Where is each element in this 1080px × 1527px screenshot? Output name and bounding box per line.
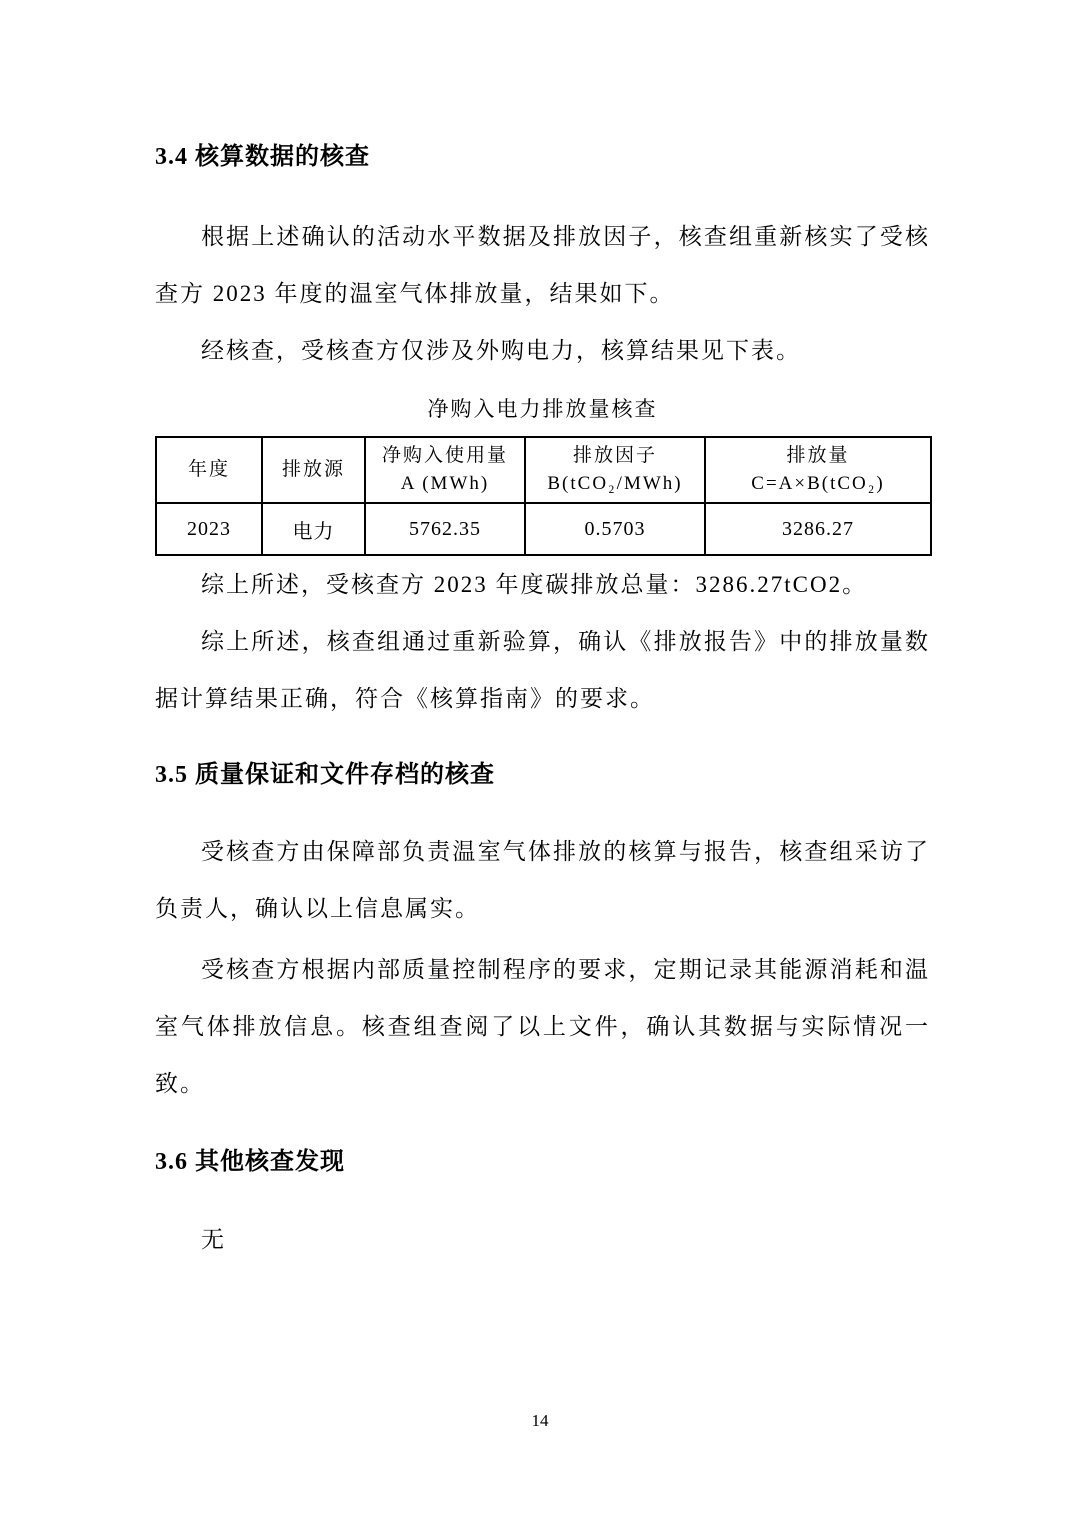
table-header-row: 年度 排放源 净购入使用量 A (MWh) 排放因子 B(tCO₂/MWh) 排… [156, 437, 931, 503]
section-heading-3-6: 3.6 其他核查发现 [155, 1144, 930, 1180]
table-cell-emission-source: 电力 [262, 503, 365, 555]
table-header-emission-source: 排放源 [262, 437, 365, 503]
table-cell-year: 2023 [156, 503, 262, 555]
emissions-table: 年度 排放源 净购入使用量 A (MWh) 排放因子 B(tCO₂/MWh) 排… [155, 436, 932, 556]
paragraph-other-findings: 无 [155, 1211, 930, 1268]
paragraph-verification-scope: 经核查，受核查方仅涉及外购电力，核算结果见下表。 [155, 322, 930, 379]
document-page: 3.4 核算数据的核查 根据上述确认的活动水平数据及排放因子，核查组重新核实了受… [0, 0, 1080, 1527]
section-heading-3-5: 3.5 质量保证和文件存档的核查 [155, 757, 930, 793]
table-header-emission-amount: 排放量 C=A×B(tCO₂) [705, 437, 931, 503]
paragraph-responsibility: 受核查方由保障部负责温室气体排放的核算与报告，核查组采访了负责人，确认以上信息属… [155, 823, 930, 937]
table-header-net-purchased-usage: 净购入使用量 A (MWh) [365, 437, 525, 503]
table-cell-emission-factor: 0.5703 [525, 503, 705, 555]
paragraph-total-emissions: 综上所述，受核查方 2023 年度碳排放总量：3286.27tCO2。 [155, 556, 930, 613]
page-number: 14 [0, 1410, 1080, 1432]
table-row: 2023 电力 5762.35 0.5703 3286.27 [156, 503, 931, 555]
section-heading-3-4: 3.4 核算数据的核查 [155, 139, 930, 175]
paragraph-recalculation-conclusion: 综上所述，核查组通过重新验算，确认《排放报告》中的排放量数据计算结果正确，符合《… [155, 613, 930, 727]
table-cell-emission-amount: 3286.27 [705, 503, 931, 555]
page-content: 3.4 核算数据的核查 根据上述确认的活动水平数据及排放因子，核查组重新核实了受… [155, 0, 930, 1268]
table-title: 净购入电力排放量核查 [155, 392, 930, 426]
table-header-year: 年度 [156, 437, 262, 503]
paragraph-accounting-intro: 根据上述确认的活动水平数据及排放因子，核查组重新核实了受核查方 2023 年度的… [155, 208, 930, 322]
paragraph-quality-control: 受核查方根据内部质量控制程序的要求，定期记录其能源消耗和温室气体排放信息。核查组… [155, 941, 930, 1112]
table-cell-net-purchased-usage: 5762.35 [365, 503, 525, 555]
table-header-emission-factor: 排放因子 B(tCO₂/MWh) [525, 437, 705, 503]
